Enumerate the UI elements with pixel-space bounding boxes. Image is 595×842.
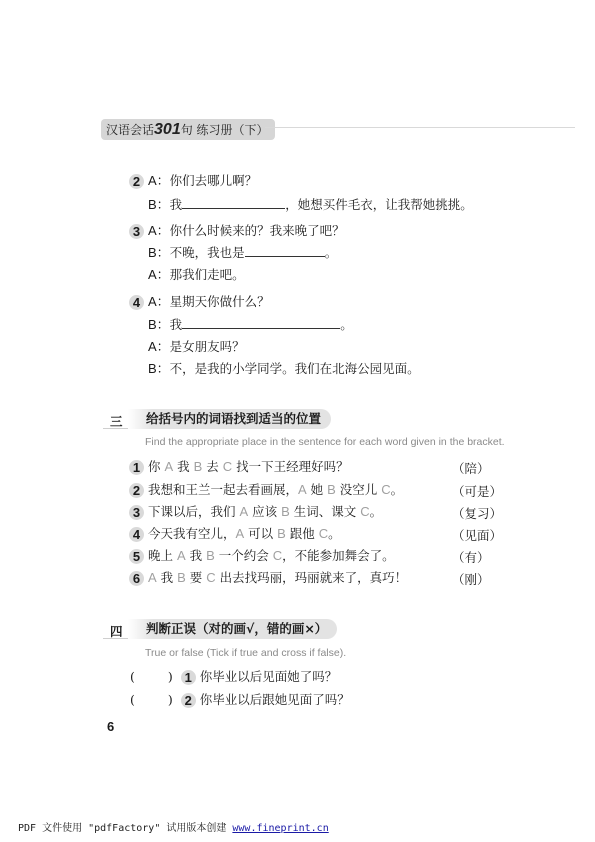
dialogue-2-line-a: 2A：你们去哪儿啊？ [129, 173, 257, 189]
section-4-subtitle: True or false (Tick if true and cross if… [145, 647, 346, 659]
item-number-badge: 6 [129, 571, 144, 586]
watermark-link[interactable]: www.fineprint.cn [232, 823, 328, 834]
book-title-suffix: 句 练习册（下） [181, 123, 269, 137]
exercise-item: 3下课以后，我们 A 应该 B 生词、课文 C。 [129, 504, 382, 520]
item-number-badge: 2 [129, 483, 144, 498]
book-title-prefix: 汉语会话 [106, 123, 154, 137]
page-number: 6 [107, 719, 114, 734]
exercise-item: 6A 我 B 要 C 出去找玛丽，玛丽就来了，真巧！ [129, 570, 407, 586]
dialogue-3-line-a: 3A：你什么时候来的？我来晚了吧？ [129, 223, 345, 239]
section-4-number: 四 [110, 622, 123, 640]
section-4-title: 判断正误（对的画√，错的画×） [128, 619, 337, 639]
given-word: （有） [452, 548, 490, 566]
section-3-subtitle: Find the appropriate place in the senten… [145, 436, 505, 448]
item-number-badge: 4 [129, 295, 144, 310]
given-word: （见面） [452, 526, 502, 544]
item-number-badge: 2 [181, 693, 196, 708]
dialogue-3-line-b: B：不晚，我也是。 [148, 245, 337, 261]
item-number-badge: 1 [129, 460, 144, 475]
answer-blank[interactable] [182, 197, 285, 209]
item-number-badge: 2 [129, 174, 144, 189]
exercise-item: 4今天我有空儿，A 可以 B 跟他 C。 [129, 526, 341, 542]
answer-bracket-close[interactable]: ) [168, 669, 173, 684]
item-number-badge: 3 [129, 224, 144, 239]
book-title-number: 301 [154, 121, 181, 138]
dialogue-4-line-c: A：是女朋友吗？ [148, 339, 245, 355]
dialogue-4-line-b: B：我。 [148, 317, 353, 333]
given-word: （陪） [452, 459, 490, 477]
given-word: （复习） [452, 504, 502, 522]
answer-bracket-close[interactable]: ) [168, 692, 173, 707]
item-number-badge: 1 [181, 670, 196, 685]
answer-bracket-open[interactable]: ( [130, 692, 135, 707]
dialogue-4-line-a: 4A：星期天你做什么？ [129, 294, 270, 310]
book-title-tab: 汉语会话301句 练习册（下） [101, 119, 275, 140]
answer-blank[interactable] [245, 245, 325, 257]
dialogue-4-line-d: B：不，是我的小学同学。我们在北海公园见面。 [148, 361, 420, 377]
answer-bracket-open[interactable]: ( [130, 669, 135, 684]
dialogue-2-line-b: B：我，她想买件毛衣，让我帮她挑挑。 [148, 197, 473, 213]
item-number-badge: 4 [129, 527, 144, 542]
section-3-number: 三 [110, 412, 123, 430]
true-false-item: () 2你毕业以后跟她见面了吗？ [130, 692, 350, 708]
exercise-item: 5晚上 A 我 B 一个约会 C，不能参加舞会了。 [129, 548, 395, 564]
exercise-item: 1你 A 我 B 去 C 找一下王经理好吗？ [129, 459, 349, 475]
true-false-item: () 1你毕业以后见面她了吗？ [130, 669, 337, 685]
item-number-badge: 5 [129, 549, 144, 564]
pdf-watermark: PDF 文件使用 "pdfFactory" 试用版本创建 www.finepri… [18, 819, 329, 834]
watermark-text: PDF 文件使用 "pdfFactory" 试用版本创建 [18, 823, 232, 834]
section-3-title: 给括号内的词语找到适当的位置 [128, 409, 331, 429]
dialogue-3-line-c: A：那我们走吧。 [148, 267, 245, 283]
exercise-item: 2我想和王兰一起去看画展，A 她 B 没空儿 C。 [129, 482, 403, 498]
item-number-badge: 3 [129, 505, 144, 520]
given-word: （可是） [452, 482, 502, 500]
answer-blank[interactable] [182, 317, 340, 329]
header-rule [265, 127, 575, 128]
given-word: （刚） [452, 570, 490, 588]
